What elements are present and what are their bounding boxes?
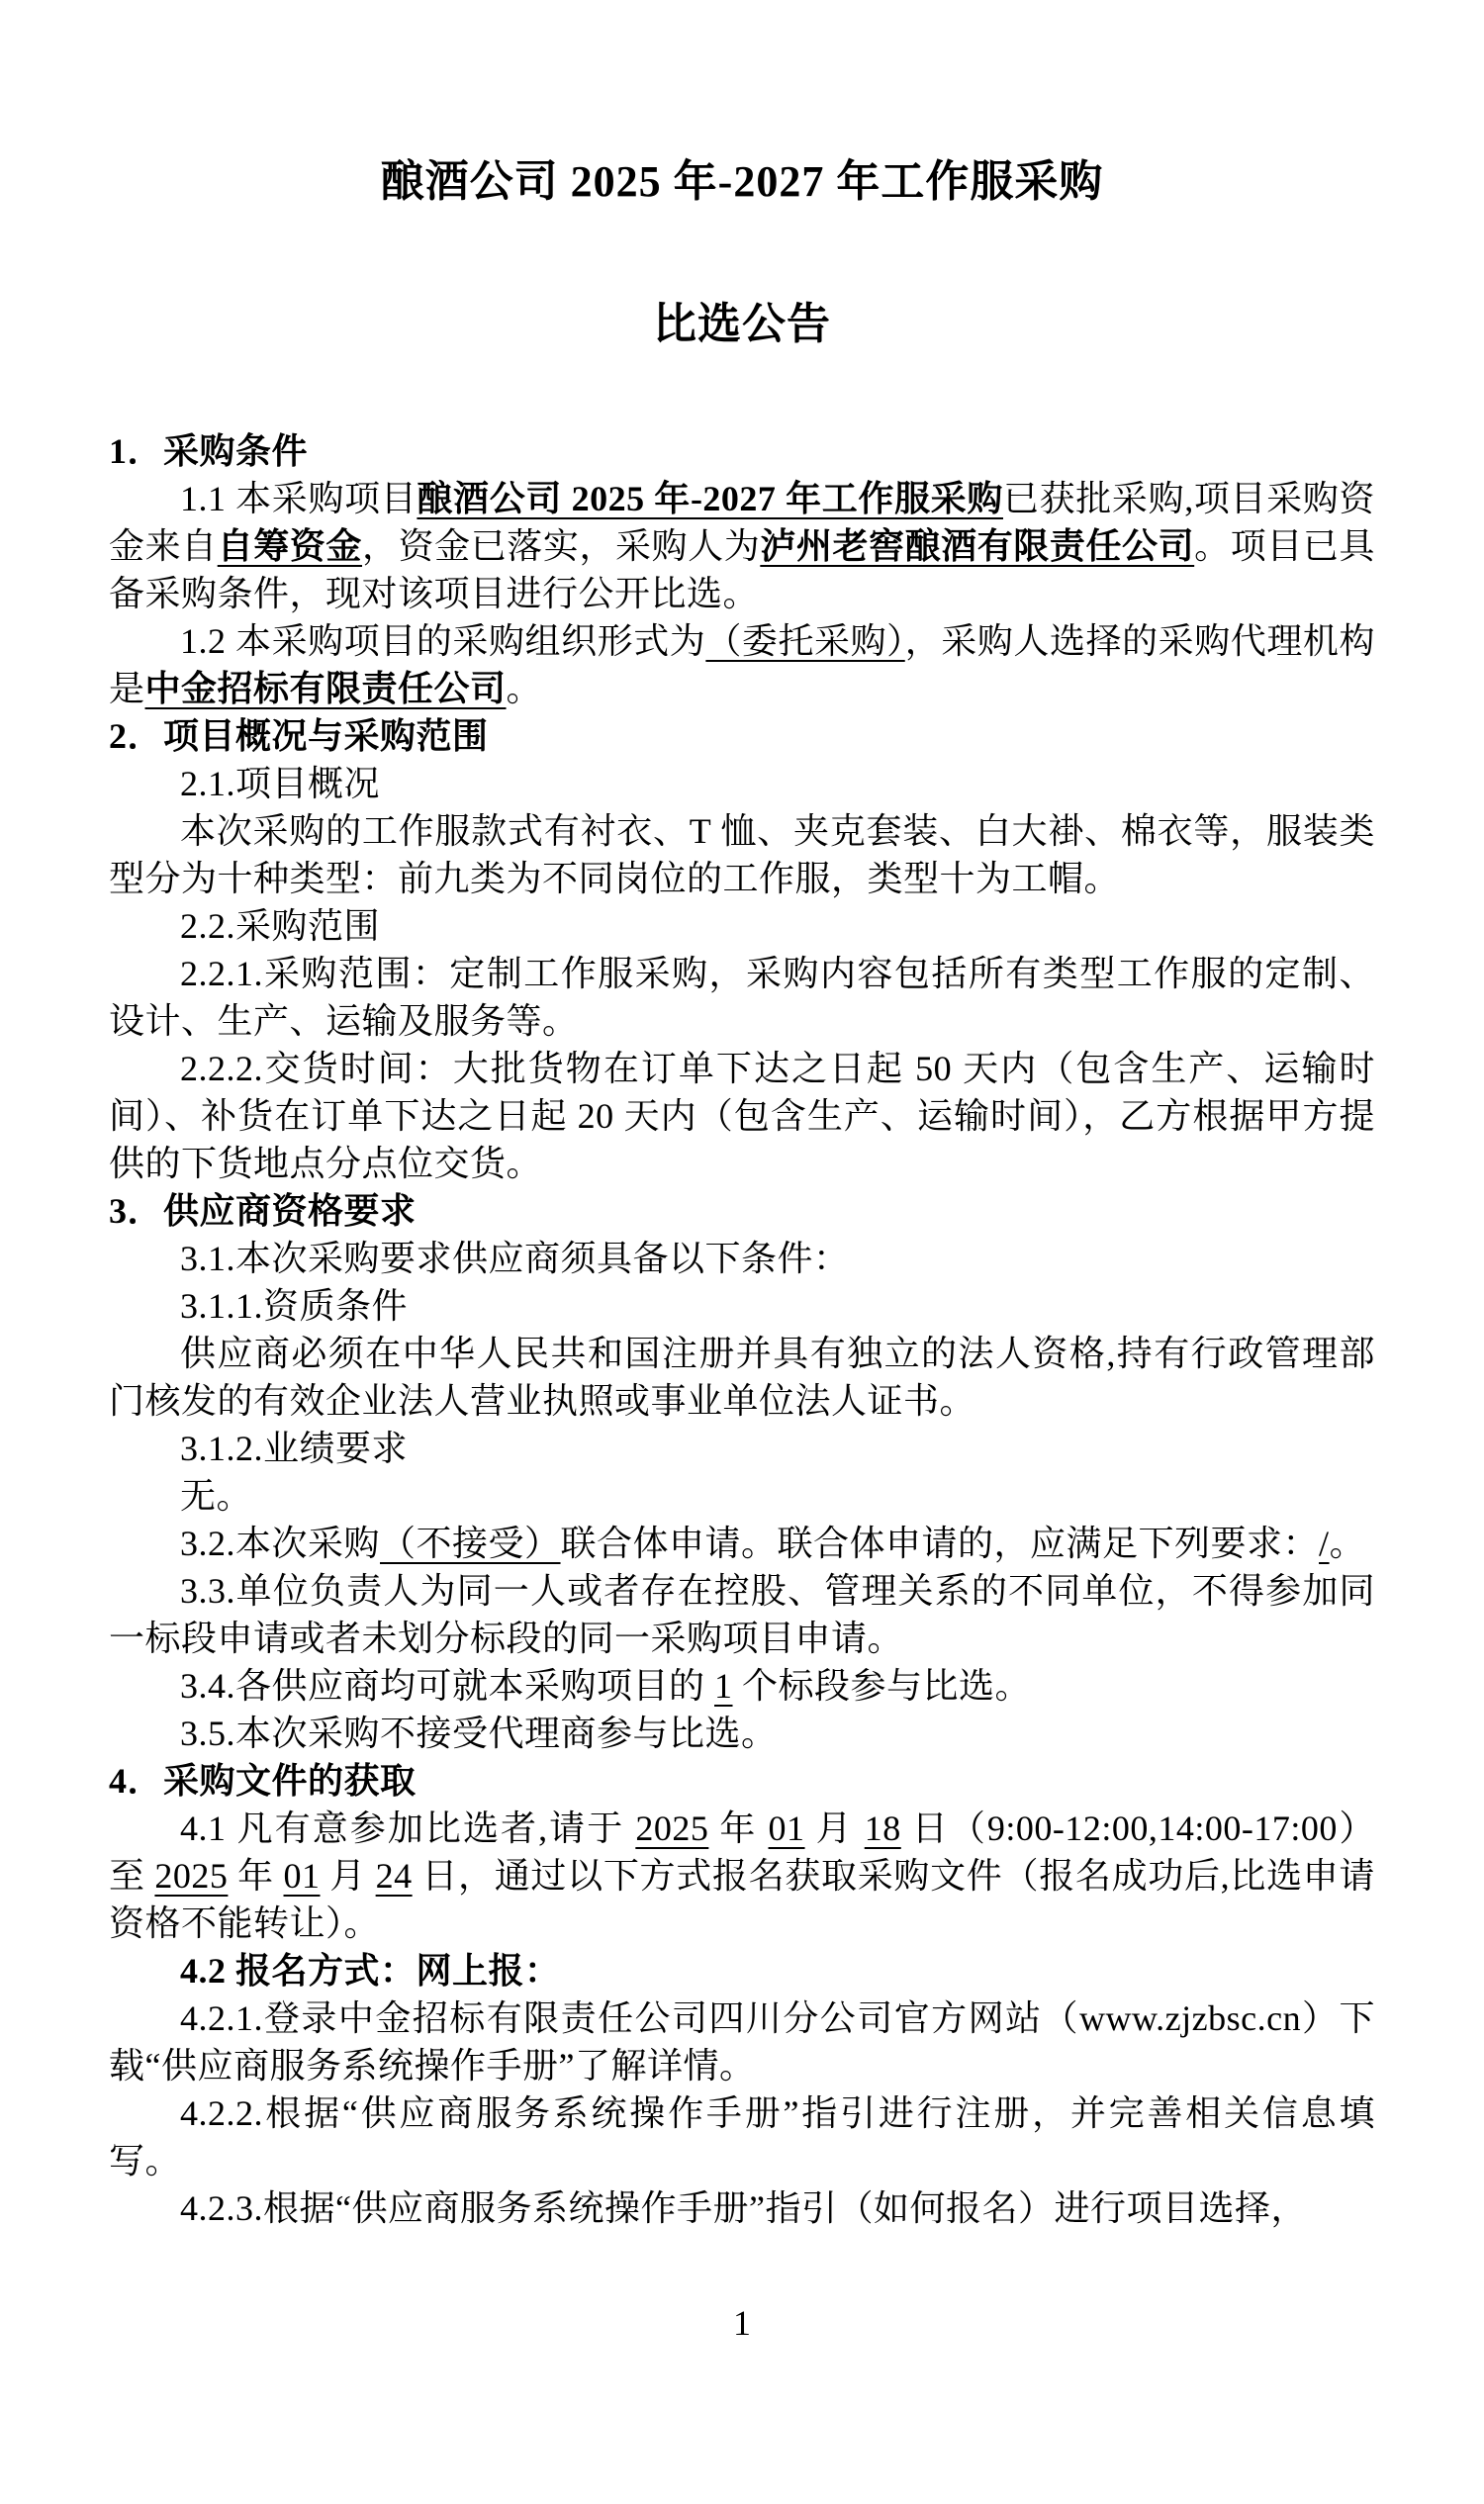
text-run: 2.2.2.交货时间：大批货物在订单下达之日起 50 天内（包含生产、运输时间）… xyxy=(109,1049,1375,1183)
text-run: 3.2.本次采购 xyxy=(180,1524,380,1563)
text-run: 3.1.本次采购要求供应商须具备以下条件： xyxy=(180,1239,850,1278)
paragraph: 4.2.2.根据“供应商服务系统操作手册”指引进行注册，并完善相关信息填写。 xyxy=(109,2089,1375,2184)
document-title: 酿酒公司 2025 年-2027 年工作服采购 xyxy=(109,156,1375,208)
text-run: 2.2.采购范围 xyxy=(180,906,380,946)
text-run: 18 xyxy=(865,1808,901,1848)
text-run: 4.2.1.登录中金招标有限责任公司四川分公司官方网站（www.zjzbsc.c… xyxy=(109,1998,1375,2086)
text-run: 3.4.各供应商均可就本采购项目的 xyxy=(180,1666,714,1706)
text-run: 2.2.1.采购范围：定制工作服采购，采购内容包括所有类型工作服的定制、设计、生… xyxy=(109,954,1375,1041)
paragraph: 供应商必须在中华人民共和国注册并具有独立的法人资格,持有行政管理部门核发的有效企… xyxy=(109,1330,1375,1425)
paragraph: 3.2.本次采购（不接受）联合体申请。联合体申请的，应满足下列要求：/。 xyxy=(109,1520,1375,1567)
text-run: 01 xyxy=(769,1808,805,1848)
paragraph: 3.1.本次采购要求供应商须具备以下条件： xyxy=(109,1235,1375,1282)
paragraph: 3.3.单位负责人为同一人或者存在控股、管理关系的不同单位，不得参加同一标段申请… xyxy=(109,1567,1375,1662)
paragraph: 2.2.采购范围 xyxy=(109,902,1375,950)
paragraph: 4.2.3.根据“供应商服务系统操作手册”指引（如何报名）进行项目选择， xyxy=(109,2184,1375,2232)
paragraph: 2.1.项目概况 xyxy=(109,760,1375,807)
paragraph: 2.2.2.交货时间：大批货物在订单下达之日起 50 天内（包含生产、运输时间）… xyxy=(109,1045,1375,1187)
text-run: 2．项目概况与采购范围 xyxy=(109,716,489,756)
text-run: 。 xyxy=(1330,1524,1366,1563)
paragraph: 无。 xyxy=(109,1472,1375,1520)
document-page: 酿酒公司 2025 年-2027 年工作服采购 比选公告 1．采购条件1.1 本… xyxy=(0,0,1484,2504)
text-run: 2.1.项目概况 xyxy=(180,764,380,803)
paragraph: 3.1.2.业绩要求 xyxy=(109,1425,1375,1472)
paragraph: 4.2.1.登录中金招标有限责任公司四川分公司官方网站（www.zjzbsc.c… xyxy=(109,1994,1375,2089)
text-run: 2025 xyxy=(154,1856,228,1896)
text-run: 。 xyxy=(507,669,543,708)
text-run: 中金招标有限责任公司 xyxy=(145,669,507,708)
text-run: 泸州老窖酿酒有限责任公司 xyxy=(760,526,1194,566)
text-run: 1 xyxy=(714,1666,733,1706)
paragraph: 1.1 本采购项目酿酒公司 2025 年-2027 年工作服采购已获批采购,项目… xyxy=(109,475,1375,617)
text-run: （不接受） xyxy=(380,1524,561,1563)
document-subtitle: 比选公告 xyxy=(109,299,1375,350)
text-run: 3.1.1.资质条件 xyxy=(180,1286,408,1326)
text-run: 年 xyxy=(708,1808,768,1848)
text-run: 3.1.2.业绩要求 xyxy=(180,1429,408,1468)
text-run: 3.3.单位负责人为同一人或者存在控股、管理关系的不同单位，不得参加同一标段申请… xyxy=(109,1571,1375,1658)
text-run: 酿酒公司 2025 年-2027 年工作服采购 xyxy=(417,479,1003,518)
paragraph: 4.2 报名方式：网上报： xyxy=(109,1947,1375,1994)
paragraph: 3.1.1.资质条件 xyxy=(109,1282,1375,1330)
text-run: （委托采购） xyxy=(705,621,904,661)
paragraph: 3.5.本次采购不接受代理商参与比选。 xyxy=(109,1710,1375,1757)
text-run: 4.2 报名方式：网上报： xyxy=(180,1951,561,1991)
paragraph: 2.2.1.采购范围：定制工作服采购，采购内容包括所有类型工作服的定制、设计、生… xyxy=(109,950,1375,1045)
text-run: 月 xyxy=(805,1808,865,1848)
text-run: / xyxy=(1319,1524,1330,1563)
text-run: 4．采购文件的获取 xyxy=(109,1761,417,1801)
document-body: 1．采购条件1.1 本采购项目酿酒公司 2025 年-2027 年工作服采购已获… xyxy=(109,427,1375,2232)
text-run: ，资金已落实，采购人为 xyxy=(362,526,760,566)
section-heading: 1．采购条件 xyxy=(109,427,1375,475)
text-run: 月 xyxy=(321,1856,376,1896)
text-run: 自筹资金 xyxy=(218,526,362,566)
text-run: 本次采购的工作服款式有衬衣、T 恤、夹克套装、白大褂、棉衣等，服装类型分为十种类… xyxy=(109,811,1375,898)
text-run: 01 xyxy=(284,1856,321,1896)
page-number: 1 xyxy=(0,2303,1484,2343)
paragraph: 本次采购的工作服款式有衬衣、T 恤、夹克套装、白大褂、棉衣等，服装类型分为十种类… xyxy=(109,807,1375,902)
text-run: 4.1 凡有意参加比选者,请于 xyxy=(180,1808,635,1848)
text-run: 1.1 本采购项目 xyxy=(180,479,417,518)
paragraph: 4.1 凡有意参加比选者,请于 2025 年 01 月 18 日（9:00-12… xyxy=(109,1805,1375,1947)
text-run: 4.2.2.根据“供应商服务系统操作手册”指引进行注册，并完善相关信息填写。 xyxy=(109,2093,1375,2180)
text-run: 1.2 本采购项目的采购组织形式为 xyxy=(180,621,705,661)
text-run: 24 xyxy=(376,1856,413,1896)
text-run: 3.5.本次采购不接受代理商参与比选。 xyxy=(180,1714,778,1753)
section-heading: 3．供应商资格要求 xyxy=(109,1187,1375,1235)
text-run: 3．供应商资格要求 xyxy=(109,1191,417,1231)
section-heading: 2．项目概况与采购范围 xyxy=(109,712,1375,760)
text-run: 无。 xyxy=(180,1476,252,1516)
text-run: 1．采购条件 xyxy=(109,431,308,471)
text-run: 4.2.3.根据“供应商服务系统操作手册”指引（如何报名）进行项目选择， xyxy=(180,2188,1307,2228)
paragraph: 3.4.各供应商均可就本采购项目的 1 个标段参与比选。 xyxy=(109,1662,1375,1710)
text-run: 个标段参与比选。 xyxy=(733,1666,1032,1706)
text-run: 供应商必须在中华人民共和国注册并具有独立的法人资格,持有行政管理部门核发的有效企… xyxy=(109,1334,1375,1421)
text-run: 联合体申请。联合体申请的，应满足下列要求： xyxy=(561,1524,1320,1563)
paragraph: 1.2 本采购项目的采购组织形式为（委托采购），采购人选择的采购代理机构是中金招… xyxy=(109,617,1375,712)
text-run: 年 xyxy=(228,1856,283,1896)
text-run: 2025 xyxy=(635,1808,708,1848)
section-heading: 4．采购文件的获取 xyxy=(109,1757,1375,1805)
